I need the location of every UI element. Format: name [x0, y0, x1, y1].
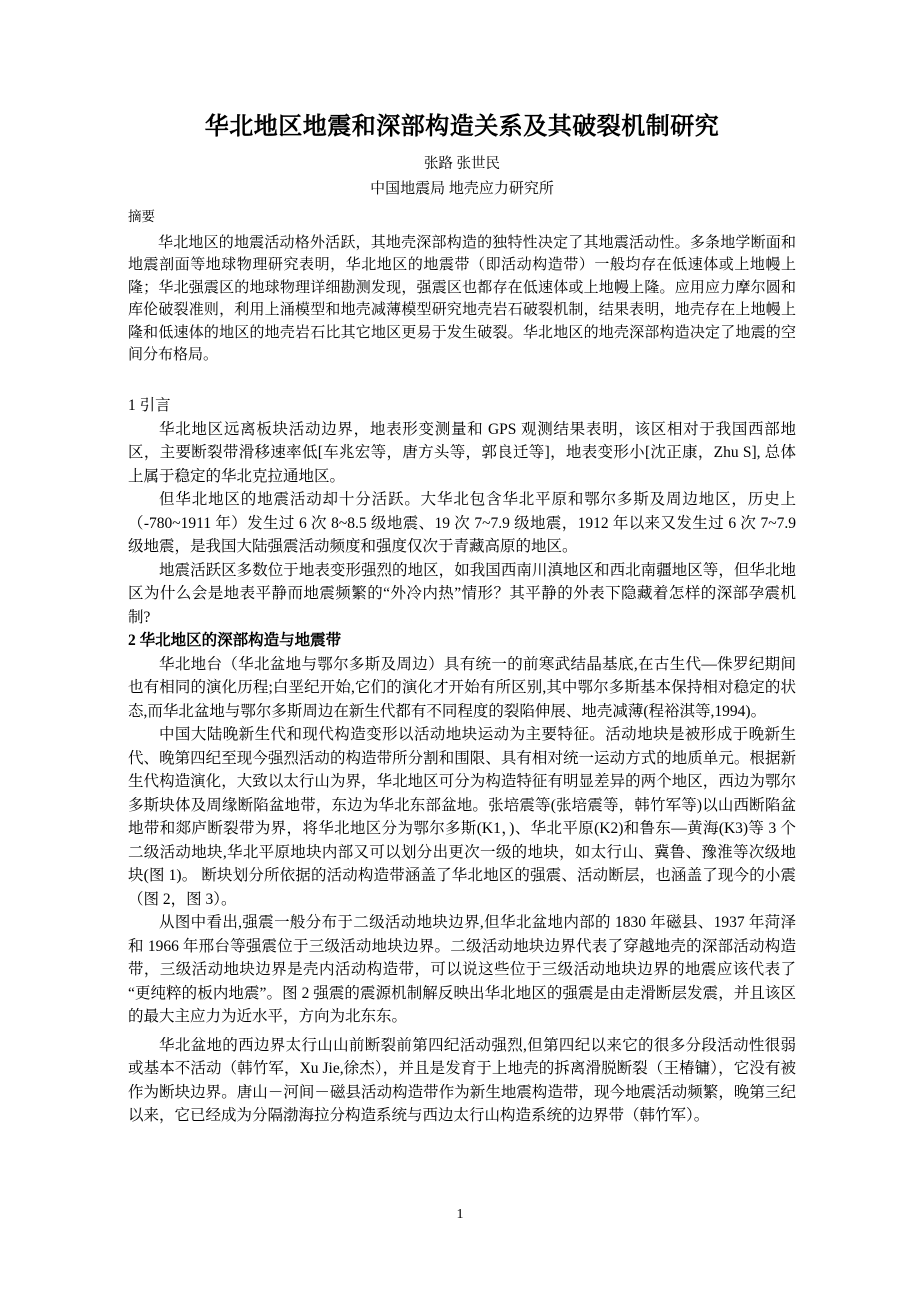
- section-1-paragraph-2: 但华北地区的地震活动却十分活跃。大华北包含华北平原和鄂尔多斯及周边地区，历史上（…: [128, 488, 796, 559]
- paper-title: 华北地区地震和深部构造关系及其破裂机制研究: [128, 110, 796, 144]
- document-page: 华北地区地震和深部构造关系及其破裂机制研究 张路 张世民 中国地震局 地壳应力研…: [0, 0, 920, 1302]
- page-content: 华北地区地震和深部构造关系及其破裂机制研究 张路 张世民 中国地震局 地壳应力研…: [128, 0, 796, 1128]
- section-2-paragraph-2: 中国大陆晚新生代和现代构造变形以活动地块运动为主要特征。活动地块是被形成于晚新生…: [128, 723, 796, 911]
- section-2-paragraph-3: 从图中看出,强震一般分布于二级活动地块边界,但华北盆地内部的 1830 年磁县、…: [128, 911, 796, 1029]
- section-2-heading: 2 华北地区的深部构造与地震带: [128, 629, 796, 653]
- section-1-heading: 1 引言: [128, 394, 796, 418]
- affiliation-line: 中国地震局 地壳应力研究所: [128, 180, 796, 199]
- abstract-label: 摘要: [128, 208, 796, 226]
- authors-line: 张路 张世民: [128, 155, 796, 173]
- section-1-paragraph-1: 华北地区远离板块活动边界，地表形变测量和 GPS 观测结果表明，该区相对于我国西…: [128, 418, 796, 489]
- section-1-paragraph-3: 地震活跃区多数位于地表变形强烈的地区，如我国西南川滇地区和西北南疆地区等，但华北…: [128, 559, 796, 630]
- page-number: 1: [0, 1206, 920, 1224]
- section-2-paragraph-4: 华北盆地的西边界太行山山前断裂前第四纪活动强烈,但第四纪以来它的很多分段活动性很…: [128, 1034, 796, 1128]
- abstract-text: 华北地区的地震活动格外活跃，其地壳深部构造的独特性决定了其地震活动性。多条地学断…: [128, 232, 796, 366]
- section-2-paragraph-1: 华北地台（华北盆地与鄂尔多斯及周边）具有统一的前寒武结晶基底,在古生代—侏罗纪期…: [128, 653, 796, 724]
